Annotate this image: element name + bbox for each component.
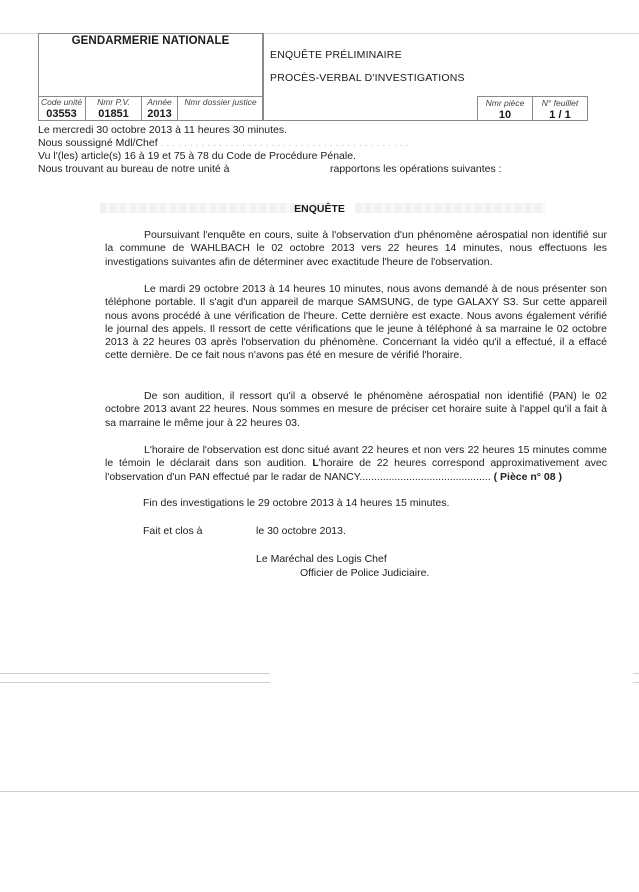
field-nmr-pv: Nmr P.V. 01851 — [86, 96, 142, 121]
preamble-officer-line: Nous soussigné Mdl/Chef . . . . . . . . … — [38, 137, 409, 149]
section-heading: ENQUÊTE — [0, 203, 639, 215]
field-code-unite: Code unité 03553 — [38, 96, 86, 121]
preamble-officer-text: Nous soussigné Mdl/Chef — [38, 137, 158, 149]
field-nmr-piece: Nmr pièce 10 — [478, 97, 533, 121]
paragraph-text: Le mardi 29 octobre 2013 à 14 heures 10 … — [105, 283, 607, 363]
procedure-type: ENQUÊTE PRÉLIMINAIRE — [270, 49, 402, 61]
paragraph-text: Poursuivant l'enquête en cours, suite à … — [105, 229, 607, 269]
field-dossier-justice: Nmr dossier justice — [178, 96, 263, 121]
fait-clos-label: Fait et clos à — [143, 525, 203, 537]
paragraph-text: De son audition, il ressort qu'il a obse… — [105, 390, 607, 430]
field-label: Nmr dossier justice — [178, 97, 263, 107]
header-vertical-divider — [263, 33, 264, 121]
closing-date: le 30 octobre 2013. — [256, 525, 346, 537]
bottom-rule — [0, 682, 270, 683]
field-label: Code unité — [38, 97, 85, 107]
paragraph-intro: Poursuivant l'enquête en cours, suite à … — [105, 229, 607, 269]
paragraph-text: L'horaire de l'observation est donc situ… — [105, 444, 607, 484]
preamble-officer-redacted: . . . . . . . . . . . . . . . . . . . . … — [161, 137, 409, 149]
preamble-date-line: Le mercredi 30 octobre 2013 à 11 heures … — [38, 124, 287, 136]
field-value: 03553 — [38, 108, 85, 120]
end-of-investigations: Fin des investigations le 29 octobre 201… — [143, 497, 449, 509]
piece-feuillet-box: Nmr pièce 10 N° feuillet 1 / 1 — [477, 96, 588, 121]
field-value: 01851 — [86, 108, 141, 120]
field-label: Année — [142, 97, 177, 107]
field-value: 2013 — [142, 108, 177, 120]
field-value: 1 / 1 — [533, 109, 587, 121]
bottom-rule — [0, 673, 270, 674]
field-label: N° feuillet — [533, 98, 587, 108]
field-label: Nmr P.V. — [86, 97, 141, 107]
preamble-articles-line: Vu l'(les) article(s) 16 à 19 et 75 à 78… — [38, 150, 356, 162]
paragraph-audition: De son audition, il ressort qu'il a obse… — [105, 390, 607, 430]
page-bottom-rule — [0, 791, 639, 792]
preamble-location-end: rapportons les opérations suivantes : — [330, 163, 502, 175]
bottom-rule — [633, 673, 639, 674]
bottom-rule — [633, 682, 639, 683]
signature-title: Officier de Police Judiciaire. — [300, 567, 429, 579]
field-value: 10 — [478, 109, 532, 121]
field-annee: Année 2013 — [142, 96, 178, 121]
paragraph-phone-check: Le mardi 29 octobre 2013 à 14 heures 10 … — [105, 283, 607, 363]
preamble-location-line: Nous trouvant au bureau de notre unité à — [38, 163, 229, 175]
piece-reference: ( Pièce n° 08 ) — [494, 471, 562, 483]
document-type: PROCÈS-VERBAL D'INVESTIGATIONS — [270, 72, 465, 84]
organization-name: GENDARMERIE NATIONALE — [38, 35, 263, 47]
field-feuillet: N° feuillet 1 / 1 — [533, 97, 587, 121]
signature-rank: Le Maréchal des Logis Chef — [256, 553, 387, 565]
preamble-location-start: Nous trouvant au bureau de notre unité à — [38, 163, 229, 175]
field-label: Nmr pièce — [478, 98, 532, 108]
paragraph-conclusion: L'horaire de l'observation est donc situ… — [105, 444, 607, 484]
